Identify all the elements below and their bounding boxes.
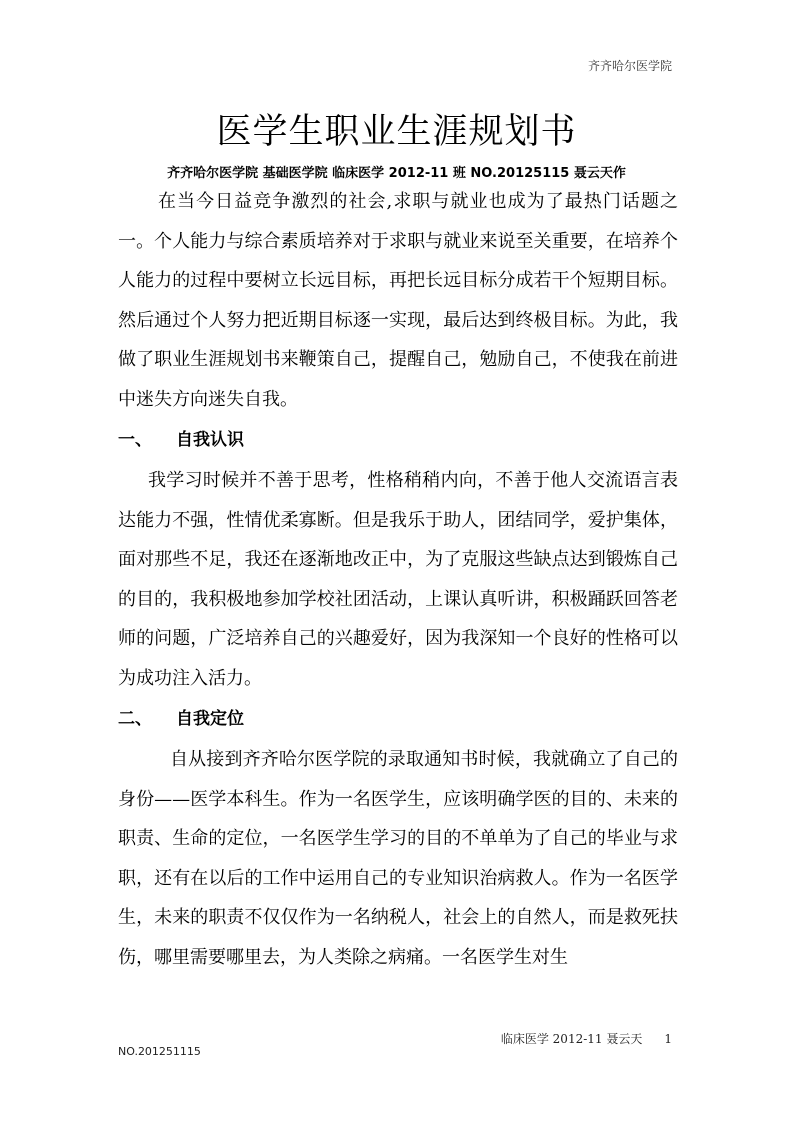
section-paragraph-self-awareness: 我学习时候并不善于思考，性格稍稍内向，不善于他人交流语言表达能力不强，性情优柔寡… xyxy=(118,461,678,698)
section-number: 二、 xyxy=(118,698,176,740)
page-footer: 临床医学 2012-11 聂云天1 xyxy=(501,1030,672,1047)
footer-student-number: NO.201251115 xyxy=(118,1045,201,1058)
intro-paragraph: 在当今日益竞争激烈的社会,求职与就业也成为了最热门话题之一。个人能力与综合素质培… xyxy=(118,182,678,419)
footer-info: 临床医学 2012-11 聂云天 xyxy=(501,1032,643,1046)
document-page: 齐齐哈尔医学院 医学生职业生涯规划书 齐齐哈尔医学院 基础医学院 临床医学 20… xyxy=(0,0,793,1122)
document-title: 医学生职业生涯规划书 xyxy=(0,104,793,154)
section-heading-self-positioning: 二、自我定位 xyxy=(118,698,678,740)
section-heading-self-awareness: 一、自我认识 xyxy=(118,419,678,461)
section-title: 自我定位 xyxy=(176,709,244,729)
section-paragraph-self-positioning: 自从接到齐齐哈尔医学院的录取通知书时候，我就确立了自己的身份——医学本科生。作为… xyxy=(118,740,678,977)
page-header: 齐齐哈尔医学院 xyxy=(588,57,672,74)
section-title: 自我认识 xyxy=(176,430,244,450)
document-body: 在当今日益竞争激烈的社会,求职与就业也成为了最热门话题之一。个人能力与综合素质培… xyxy=(118,182,678,977)
section-number: 一、 xyxy=(118,419,176,461)
author-byline: 齐齐哈尔医学院 基础医学院 临床医学 2012-11 班 NO.20125115… xyxy=(0,162,793,181)
page-number: 1 xyxy=(664,1032,672,1046)
